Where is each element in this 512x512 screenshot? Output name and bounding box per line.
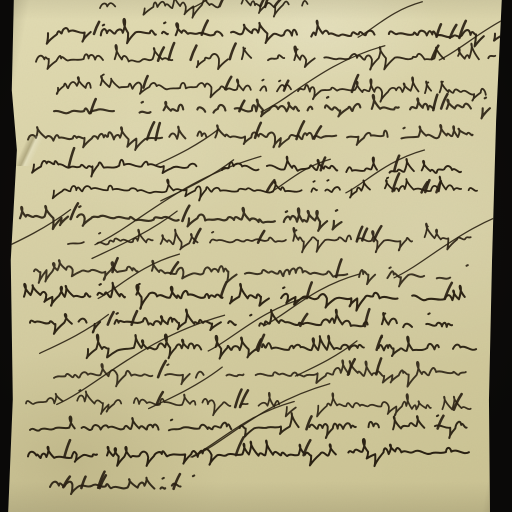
handwriting [0, 0, 512, 512]
paper-grain-texture [0, 0, 512, 512]
letter-paper [0, 0, 512, 512]
photo [0, 0, 512, 512]
